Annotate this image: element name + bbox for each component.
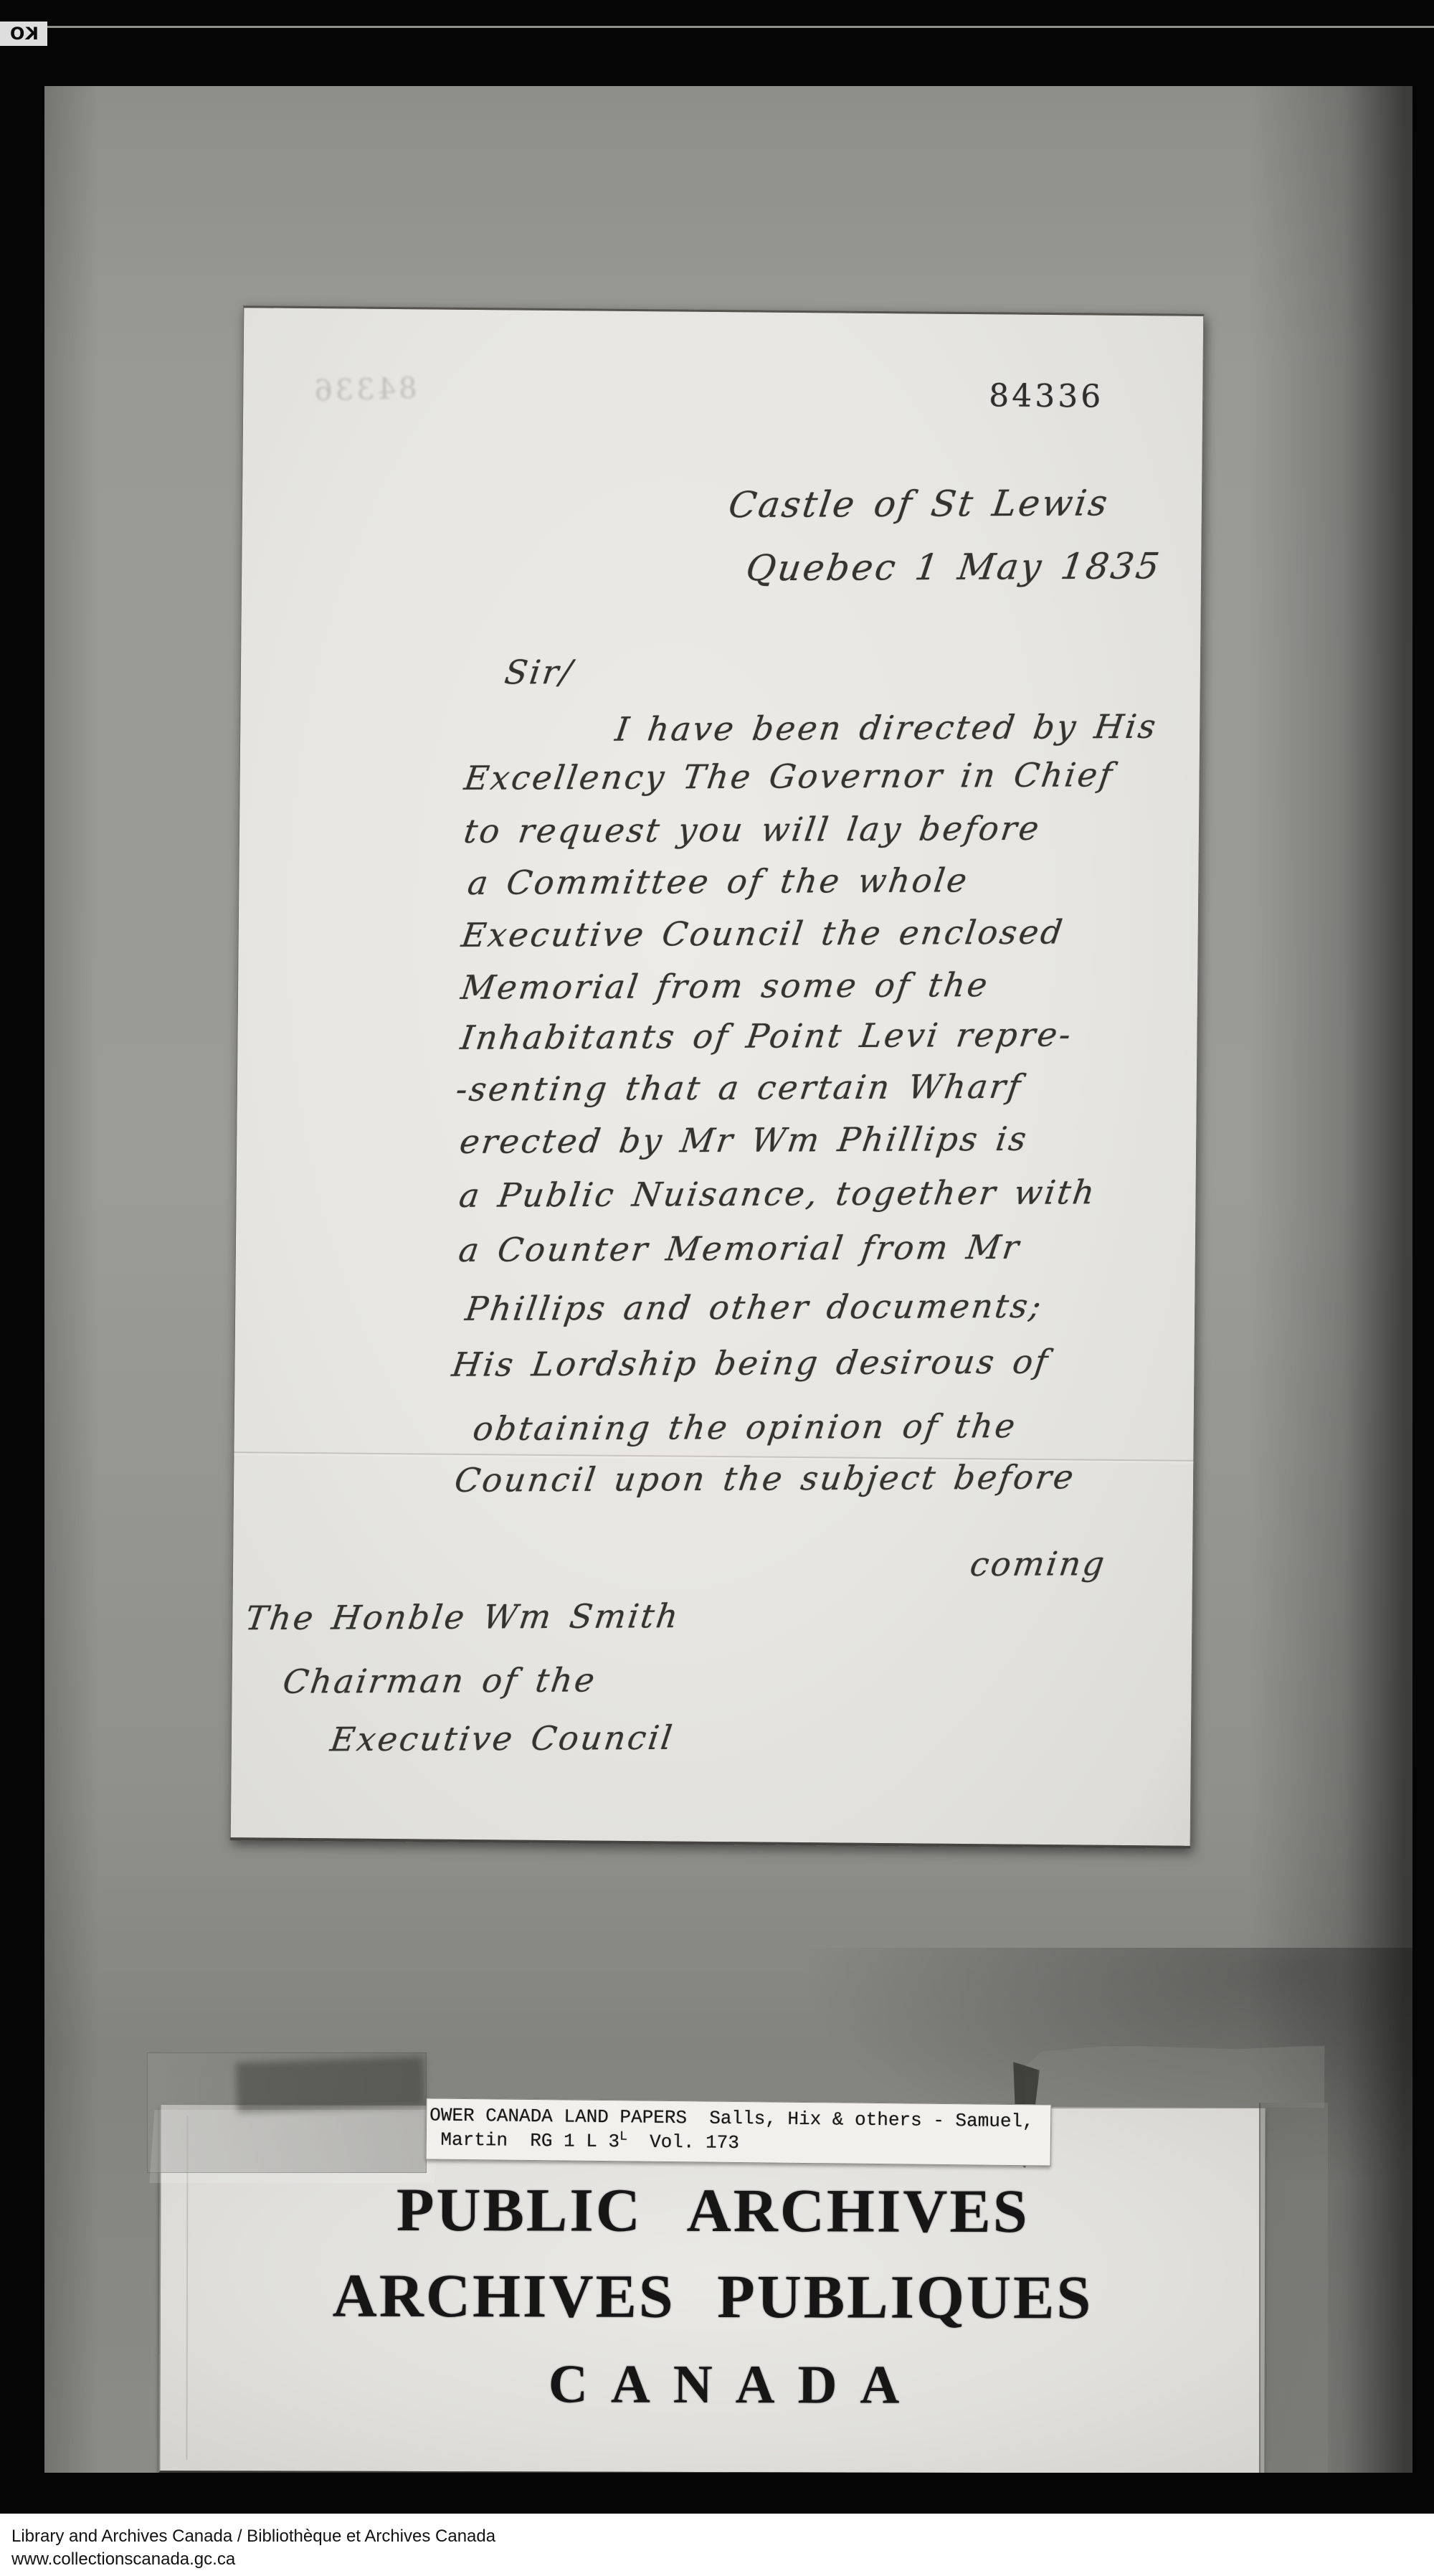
film-edge-marker-text: KO [9, 24, 39, 44]
lac-footer-institution: Library and Archives Canada / Bibliothèq… [11, 2527, 495, 2547]
letter-body-line: Excellency The Governor in Chief [462, 755, 1116, 797]
film-edge-line [0, 26, 1434, 28]
letter-body-line: a Counter Memorial from Mr [457, 1228, 1023, 1269]
page-number-stamp: 84336 [989, 377, 1103, 415]
letter-body-line: obtaining the opinion of the [470, 1406, 1019, 1448]
letter-body-line: to request you will lay before [462, 809, 1043, 851]
tape-smudge-left [236, 2056, 425, 2113]
letter-body-line: Council upon the subject before [452, 1457, 1078, 1499]
reference-label-line2-post: Vol. 173 [627, 2131, 739, 2154]
letter-body-line: -senting that a certain Wharf [454, 1067, 1025, 1109]
archives-stamp-line2: ARCHIVES PUBLIQUES [161, 2259, 1265, 2334]
letter-salutation: Sir/ [503, 653, 576, 691]
reference-label-line2-pre: Martin RG 1 L 3 [429, 2128, 620, 2152]
letter-body-line: Memorial from some of the [459, 965, 992, 1007]
letter-address-line: The Honble Wm Smith [243, 1596, 683, 1637]
letter-body-line: a Committee of the whole [465, 861, 972, 902]
letter-place-line: Castle of St Lewis [726, 482, 1112, 526]
reference-label: OWER CANADA LAND PAPERS Salls, Hix & oth… [426, 2098, 1052, 2166]
letter-address-line: Executive Council [328, 1718, 677, 1758]
archives-stamp-line1: PUBLIC ARCHIVES [161, 2173, 1265, 2248]
letter-body-line: a Public Nuisance, together with [457, 1173, 1098, 1215]
tape-piece-right-edge [1259, 2103, 1328, 2473]
microfilm-frame: 84336 84336 Castle of St Lewis Quebec 1 … [44, 86, 1412, 2473]
archives-stamp-line3: CANADA [161, 2352, 1288, 2418]
letter-catchword: coming [968, 1544, 1109, 1583]
letter-body-line: I have been directed by His [613, 707, 1160, 749]
ghost-number-bleedthrough: 84336 [311, 372, 417, 408]
letter-body-line: erected by Mr Wm Phillips is [457, 1119, 1031, 1161]
reference-label-superscript: L [619, 2130, 627, 2144]
letter-address-line: Chairman of the [280, 1661, 599, 1701]
film-edge-marker: KO [0, 22, 47, 46]
lac-footer: Library and Archives Canada / Bibliothèq… [0, 2514, 1434, 2576]
tape-piece-right [1024, 2045, 1325, 2108]
letter-body-line: His Lordship being desirous of [450, 1342, 1052, 1383]
letter-body-line: Phillips and other documents; [463, 1287, 1045, 1328]
lac-footer-url: www.collectionscanada.gc.ca [11, 2549, 235, 2570]
letter-body-line: Executive Council the enclosed [459, 913, 1066, 955]
letter-body-line: Inhabitants of Point Levi repre- [458, 1015, 1075, 1056]
tape-sheen-left [149, 2110, 440, 2183]
letter-page: 84336 84336 Castle of St Lewis Quebec 1 … [230, 306, 1205, 1849]
letter-date-line: Quebec 1 May 1835 [744, 545, 1164, 589]
